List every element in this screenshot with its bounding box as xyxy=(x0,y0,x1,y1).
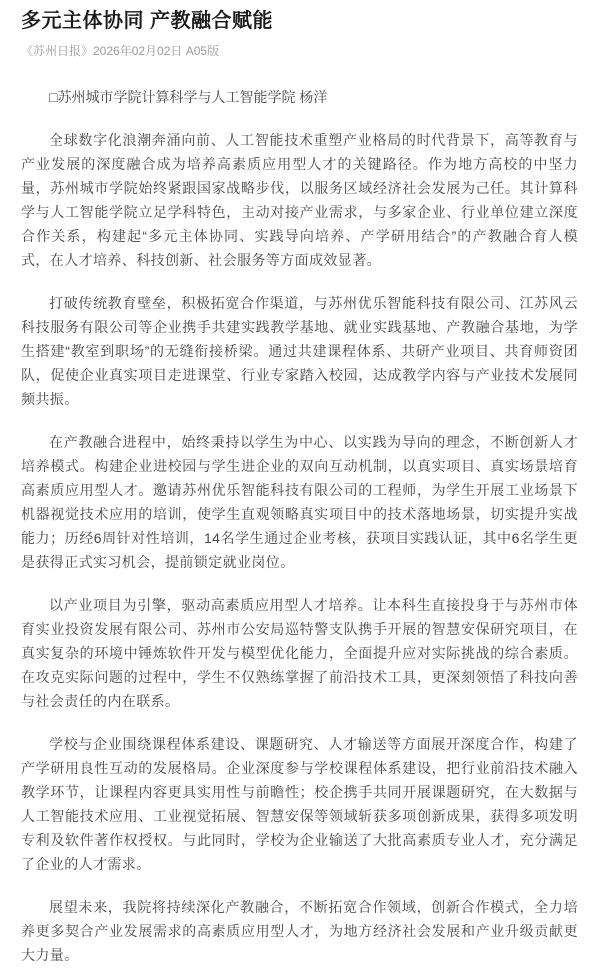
article-byline: □苏州城市学院计算科学与人工智能学院 杨洋 xyxy=(21,87,578,107)
paragraph-3: 在产教融合进程中，始终秉持以学生为中心、以实践为导向的理念，不断创新人才培养模式… xyxy=(21,430,578,574)
article-body: 全球数字化浪潮奔涌向前、人工智能技术重塑产业格局的时代背景下，高等教育与产业发展… xyxy=(21,128,578,967)
paragraph-4: 以产业项目为引擎，驱动高素质应用型人才培养。让本科生直接投身于与苏州市体育实业投… xyxy=(21,593,578,713)
article-page: 多元主体协同 产教融合赋能 《苏州日报》2026年02月02日 A05版 □苏州… xyxy=(0,0,599,977)
paragraph-6: 展望未来，我院将持续深化产教融合，不断拓宽合作领域，创新合作模式，全力培养更多契… xyxy=(21,895,578,967)
paragraph-5: 学校与企业围绕课程体系建设、课题研究、人才输送等方面展开深度合作，构建了产学研用… xyxy=(21,732,578,876)
paragraph-2: 打破传统教育壁垒，积极拓宽合作渠道，与苏州优乐智能科技有限公司、江苏风云科技服务… xyxy=(21,291,578,411)
article-title: 多元主体协同 产教融合赋能 xyxy=(21,8,578,34)
paragraph-1: 全球数字化浪潮奔涌向前、人工智能技术重塑产业格局的时代背景下，高等教育与产业发展… xyxy=(21,128,578,272)
article-source-dateline: 《苏州日报》2026年02月02日 A05版 xyxy=(21,44,578,58)
